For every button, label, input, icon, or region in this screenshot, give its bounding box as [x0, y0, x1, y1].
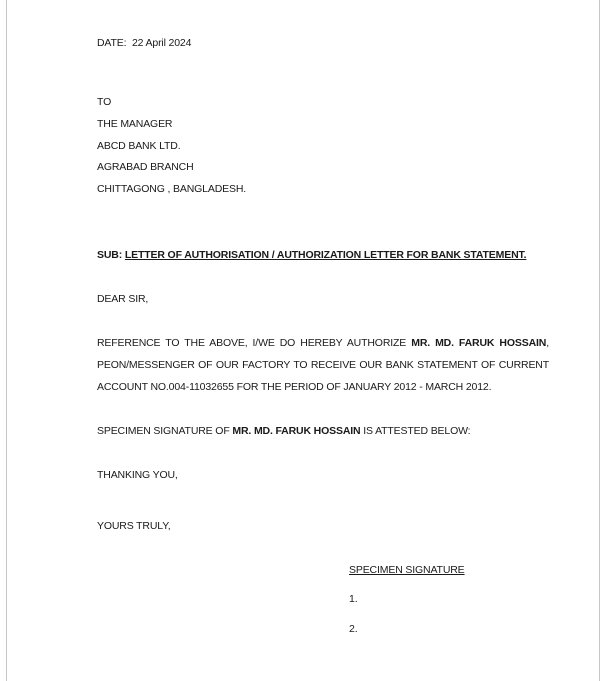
signature-item-2: 2.: [349, 622, 357, 636]
recipient-to: TO: [97, 95, 111, 109]
recipient-bank: ABCD BANK LTD.: [97, 139, 180, 153]
salutation: DEAR SIR,: [97, 292, 148, 306]
body-line-3: ACCOUNT NO.004-11032655 FOR THE PERIOD O…: [97, 376, 549, 398]
recipient-title: THE MANAGER: [97, 117, 172, 131]
authorized-person: MR. MD. FARUK HOSSAIN: [411, 337, 546, 349]
specimen-person: MR. MD. FARUK HOSSAIN: [232, 425, 360, 437]
subject-text: LETTER OF AUTHORISATION / AUTHORIZATION …: [125, 249, 527, 261]
recipient-branch: AGRABAD BRANCH: [97, 160, 194, 174]
body-paragraph: REFERENCE TO THE ABOVE, I/WE DO HEREBY A…: [97, 332, 549, 398]
specimen-signature-heading: SPECIMEN SIGNATURE: [349, 563, 465, 577]
signoff: YOURS TRULY,: [97, 519, 170, 533]
body-line-2: PEON/MESSENGER OF OUR FACTORY TO RECEIVE…: [97, 354, 549, 376]
date-line: DATE: 22 April 2024: [97, 36, 191, 50]
body-line-1: REFERENCE TO THE ABOVE, I/WE DO HEREBY A…: [97, 332, 549, 354]
closing: THANKING YOU,: [97, 468, 178, 482]
specimen-attestation-line: SPECIMEN SIGNATURE OF MR. MD. FARUK HOSS…: [97, 424, 470, 438]
subject-line: SUB: LETTER OF AUTHORISATION / AUTHORIZA…: [97, 248, 526, 262]
date-label: DATE:: [97, 37, 126, 49]
document-page: DATE: 22 April 2024 TO THE MANAGER ABCD …: [6, 0, 600, 681]
date-value: 22 April 2024: [132, 37, 191, 49]
signature-item-1: 1.: [349, 592, 357, 606]
subject-label: SUB:: [97, 249, 122, 261]
recipient-city: CHITTAGONG , BANGLADESH.: [97, 182, 246, 196]
